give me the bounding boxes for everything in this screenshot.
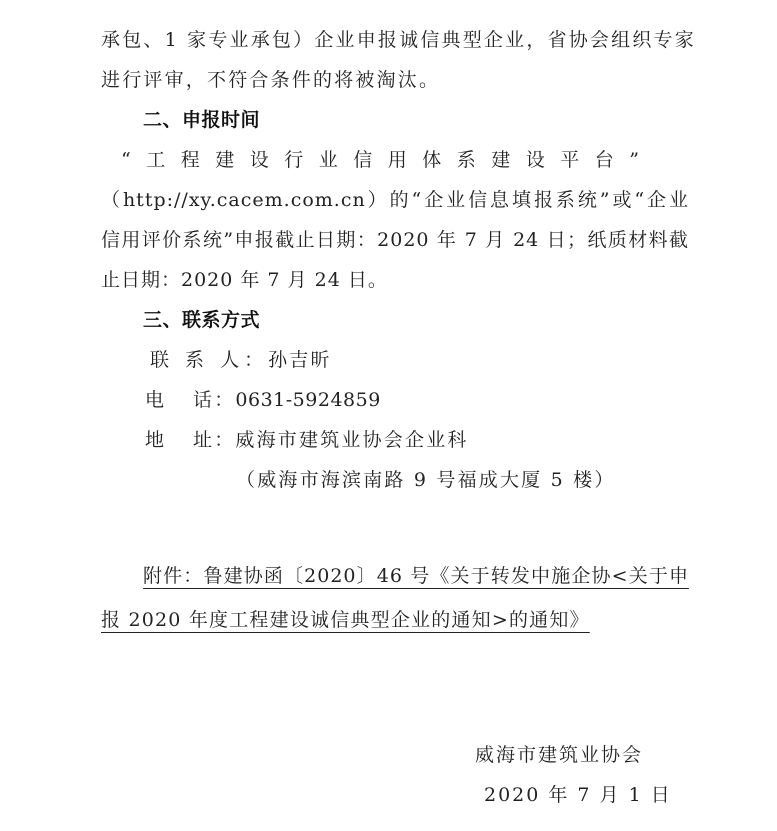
- body-text-line: 信用评价系统”申报截止日期：2020 年 7 月 24 日；纸质材料截: [101, 228, 689, 252]
- phone-value: 0631-5924859: [235, 389, 380, 411]
- attachment-link-line1[interactable]: 附件：鲁建协函〔2020〕46 号《关于转发中施企协<关于申: [143, 564, 689, 588]
- contact-person-label: 联 系 人：: [150, 349, 268, 371]
- address-label-char2: 址：: [193, 429, 235, 451]
- address-row: 地址：威海市建筑业协会企业科: [145, 428, 733, 452]
- address-value: 威海市建筑业协会企业科: [235, 429, 468, 451]
- phone-label-char2: 话：: [193, 389, 235, 411]
- address-label-char1: 地: [145, 428, 193, 452]
- body-text-line: 止日期：2020 年 7 月 24 日。: [101, 268, 689, 292]
- section-heading-contact: 三、联系方式: [143, 308, 731, 332]
- body-text-line: “工程建设行业信用体系建设平台”: [121, 148, 689, 172]
- signature-organization: 威海市建筑业协会: [475, 740, 643, 767]
- section-heading-application-time: 二、申报时间: [143, 108, 731, 132]
- body-text-line: （http://xy.cacem.com.cn）的“企业信息填报系统”或“企业: [101, 188, 689, 212]
- phone-row: 电话：0631-5924859: [145, 388, 733, 412]
- signature-date: 2020 年 7 月 1 日: [484, 780, 672, 807]
- body-text-line: 承包、1 家专业承包）企业申报诚信典型企业，省协会组织专家: [101, 28, 689, 52]
- body-text-line: 进行评审，不符合条件的将被淘汰。: [101, 68, 689, 92]
- phone-label-char1: 电: [145, 388, 193, 412]
- attachment-link-line2[interactable]: 报 2020 年度工程建设诚信典型企业的通知>的通知》: [101, 608, 591, 632]
- contact-person-value: 孙吉昕: [268, 349, 332, 371]
- address-detail: （威海市海滨南路 9 号福成大厦 5 楼）: [236, 468, 777, 492]
- contact-person-row: 联 系 人：孙吉昕: [150, 348, 738, 372]
